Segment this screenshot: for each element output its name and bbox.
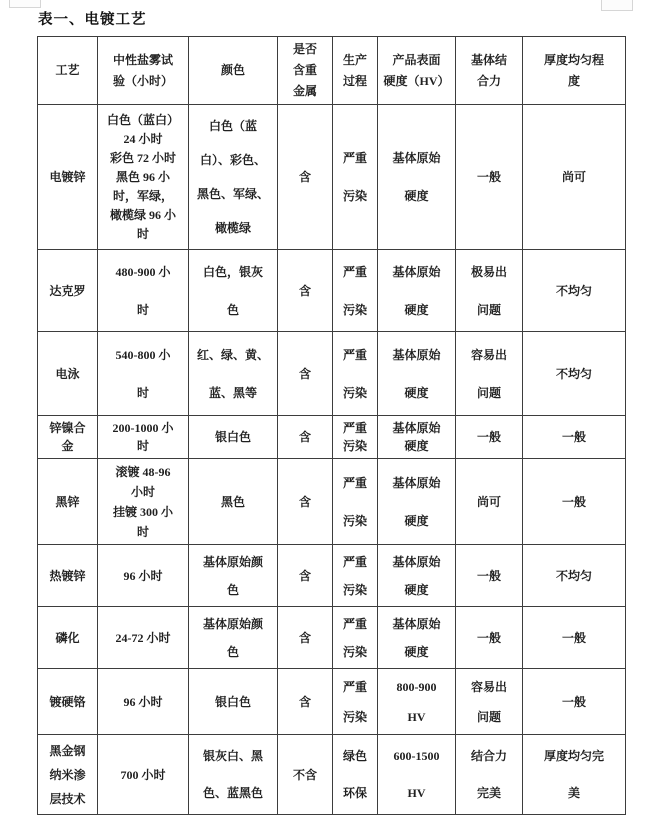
table-cell: 严重 污染 bbox=[333, 669, 378, 735]
table-cell: 96 小时 bbox=[98, 545, 189, 607]
table-cell: 基体原始 硬度 bbox=[378, 416, 456, 459]
table-cell: 达克罗 bbox=[38, 250, 98, 332]
table-cell: 红、绿、黄、 蓝、黑等 bbox=[189, 332, 278, 416]
header-cell: 颜色 bbox=[189, 37, 278, 105]
table-cell: 基体原始 硬度 bbox=[378, 250, 456, 332]
table-cell: 严重 污染 bbox=[333, 459, 378, 545]
table-cell: 480-900 小 时 bbox=[98, 250, 189, 332]
table-cell: 不均匀 bbox=[523, 250, 626, 332]
window-edge-artifact-right bbox=[601, 0, 633, 11]
table-cell: 一般 bbox=[456, 545, 523, 607]
table-cell: 200-1000 小 时 bbox=[98, 416, 189, 459]
table-row: 热镀锌96 小时基体原始颜 色含严重 污染基体原始 硬度一般不均匀 bbox=[38, 545, 626, 607]
window-edge-artifact-left bbox=[9, 0, 41, 8]
table-cell: 96 小时 bbox=[98, 669, 189, 735]
table-cell: 严重 污染 bbox=[333, 607, 378, 669]
table-row: 电镀锌白色（蓝白） 24 小时 彩色 72 小时 黑色 96 小 时，军绿， 橄… bbox=[38, 105, 626, 250]
table-cell: 基体原始 硬度 bbox=[378, 459, 456, 545]
table-cell: 一般 bbox=[456, 607, 523, 669]
header-cell: 厚度均匀程 度 bbox=[523, 37, 626, 105]
table-cell: 一般 bbox=[523, 416, 626, 459]
table-cell: 600-1500 HV bbox=[378, 735, 456, 815]
table-cell: 一般 bbox=[523, 669, 626, 735]
header-cell: 是否 含重 金属 bbox=[278, 37, 333, 105]
table-row: 电泳540-800 小 时红、绿、黄、 蓝、黑等含严重 污染基体原始 硬度容易出… bbox=[38, 332, 626, 416]
table-row: 镀硬铬96 小时银白色含严重 污染800-900 HV容易出 问题一般 bbox=[38, 669, 626, 735]
table-cell: 含 bbox=[278, 105, 333, 250]
table-cell: 含 bbox=[278, 669, 333, 735]
table-cell: 黑色 bbox=[189, 459, 278, 545]
table-cell: 含 bbox=[278, 416, 333, 459]
table-cell: 银白色 bbox=[189, 669, 278, 735]
header-cell: 中性盐雾试 验（小时） bbox=[98, 37, 189, 105]
table-cell: 含 bbox=[278, 250, 333, 332]
document-page: 表一、电镀工艺 工艺中性盐雾试 验（小时）颜色是否 含重 金属生产 过程产品表面… bbox=[0, 0, 647, 829]
table-cell: 白色（蓝白） 24 小时 彩色 72 小时 黑色 96 小 时，军绿， 橄榄绿 … bbox=[98, 105, 189, 250]
header-cell: 生产 过程 bbox=[333, 37, 378, 105]
table-cell: 基体原始 硬度 bbox=[378, 332, 456, 416]
table-cell: 容易出 问题 bbox=[456, 669, 523, 735]
table-cell: 基体原始 硬度 bbox=[378, 545, 456, 607]
table-cell: 一般 bbox=[456, 416, 523, 459]
table-cell: 电镀锌 bbox=[38, 105, 98, 250]
table-cell: 黑锌 bbox=[38, 459, 98, 545]
table-cell: 不均匀 bbox=[523, 545, 626, 607]
table-cell: 含 bbox=[278, 545, 333, 607]
table-cell: 800-900 HV bbox=[378, 669, 456, 735]
table-cell: 严重 污染 bbox=[333, 545, 378, 607]
table-cell: 白色，银灰 色 bbox=[189, 250, 278, 332]
table-row: 达克罗480-900 小 时白色，银灰 色含严重 污染基体原始 硬度极易出 问题… bbox=[38, 250, 626, 332]
table-cell: 热镀锌 bbox=[38, 545, 98, 607]
table-cell: 基体原始颜 色 bbox=[189, 607, 278, 669]
table-cell: 基体原始 硬度 bbox=[378, 105, 456, 250]
table-row: 锌镍合 金200-1000 小 时银白色含严重 污染基体原始 硬度一般一般 bbox=[38, 416, 626, 459]
table-cell: 严重 污染 bbox=[333, 250, 378, 332]
table-cell: 绿色 环保 bbox=[333, 735, 378, 815]
table-cell: 滚镀 48-96 小时 挂镀 300 小 时 bbox=[98, 459, 189, 545]
table-cell: 镀硬铬 bbox=[38, 669, 98, 735]
table-cell: 一般 bbox=[523, 607, 626, 669]
header-cell: 工艺 bbox=[38, 37, 98, 105]
page-title: 表一、电镀工艺 bbox=[38, 8, 147, 29]
header-cell: 基体结 合力 bbox=[456, 37, 523, 105]
table-cell: 含 bbox=[278, 459, 333, 545]
header-cell: 产品表面 硬度（HV） bbox=[378, 37, 456, 105]
table-cell: 磷化 bbox=[38, 607, 98, 669]
table-cell: 一般 bbox=[456, 105, 523, 250]
table-cell: 不含 bbox=[278, 735, 333, 815]
table-cell: 严重 污染 bbox=[333, 332, 378, 416]
table-cell: 银灰白、黑 色、蓝黑色 bbox=[189, 735, 278, 815]
table-cell: 基体原始颜 色 bbox=[189, 545, 278, 607]
table-cell: 黑金钢 纳米渗 层技术 bbox=[38, 735, 98, 815]
table-cell: 尚可 bbox=[456, 459, 523, 545]
plating-process-table: 工艺中性盐雾试 验（小时）颜色是否 含重 金属生产 过程产品表面 硬度（HV）基… bbox=[37, 36, 626, 815]
table-row: 磷化24-72 小时基体原始颜 色含严重 污染基体原始 硬度一般一般 bbox=[38, 607, 626, 669]
table-cell: 白色（蓝 白）、彩色、 黑色、军绿、 橄榄绿 bbox=[189, 105, 278, 250]
table-cell: 严重 污染 bbox=[333, 416, 378, 459]
table-cell: 严重 污染 bbox=[333, 105, 378, 250]
table-cell: 银白色 bbox=[189, 416, 278, 459]
table-cell: 容易出 问题 bbox=[456, 332, 523, 416]
table-cell: 24-72 小时 bbox=[98, 607, 189, 669]
table-cell: 厚度均匀完 美 bbox=[523, 735, 626, 815]
table-cell: 540-800 小 时 bbox=[98, 332, 189, 416]
table-cell: 基体原始 硬度 bbox=[378, 607, 456, 669]
table-body: 电镀锌白色（蓝白） 24 小时 彩色 72 小时 黑色 96 小 时，军绿， 橄… bbox=[38, 105, 626, 815]
table-cell: 极易出 问题 bbox=[456, 250, 523, 332]
table-cell: 电泳 bbox=[38, 332, 98, 416]
header-row: 工艺中性盐雾试 验（小时）颜色是否 含重 金属生产 过程产品表面 硬度（HV）基… bbox=[38, 37, 626, 105]
table-cell: 含 bbox=[278, 332, 333, 416]
table-cell: 结合力 完美 bbox=[456, 735, 523, 815]
table-row: 黑锌滚镀 48-96 小时 挂镀 300 小 时黑色含严重 污染基体原始 硬度尚… bbox=[38, 459, 626, 545]
table-cell: 锌镍合 金 bbox=[38, 416, 98, 459]
table-cell: 含 bbox=[278, 607, 333, 669]
table-cell: 一般 bbox=[523, 459, 626, 545]
table-cell: 700 小时 bbox=[98, 735, 189, 815]
table-cell: 尚可 bbox=[523, 105, 626, 250]
table-cell: 不均匀 bbox=[523, 332, 626, 416]
table-row: 黑金钢 纳米渗 层技术700 小时银灰白、黑 色、蓝黑色不含绿色 环保600-1… bbox=[38, 735, 626, 815]
